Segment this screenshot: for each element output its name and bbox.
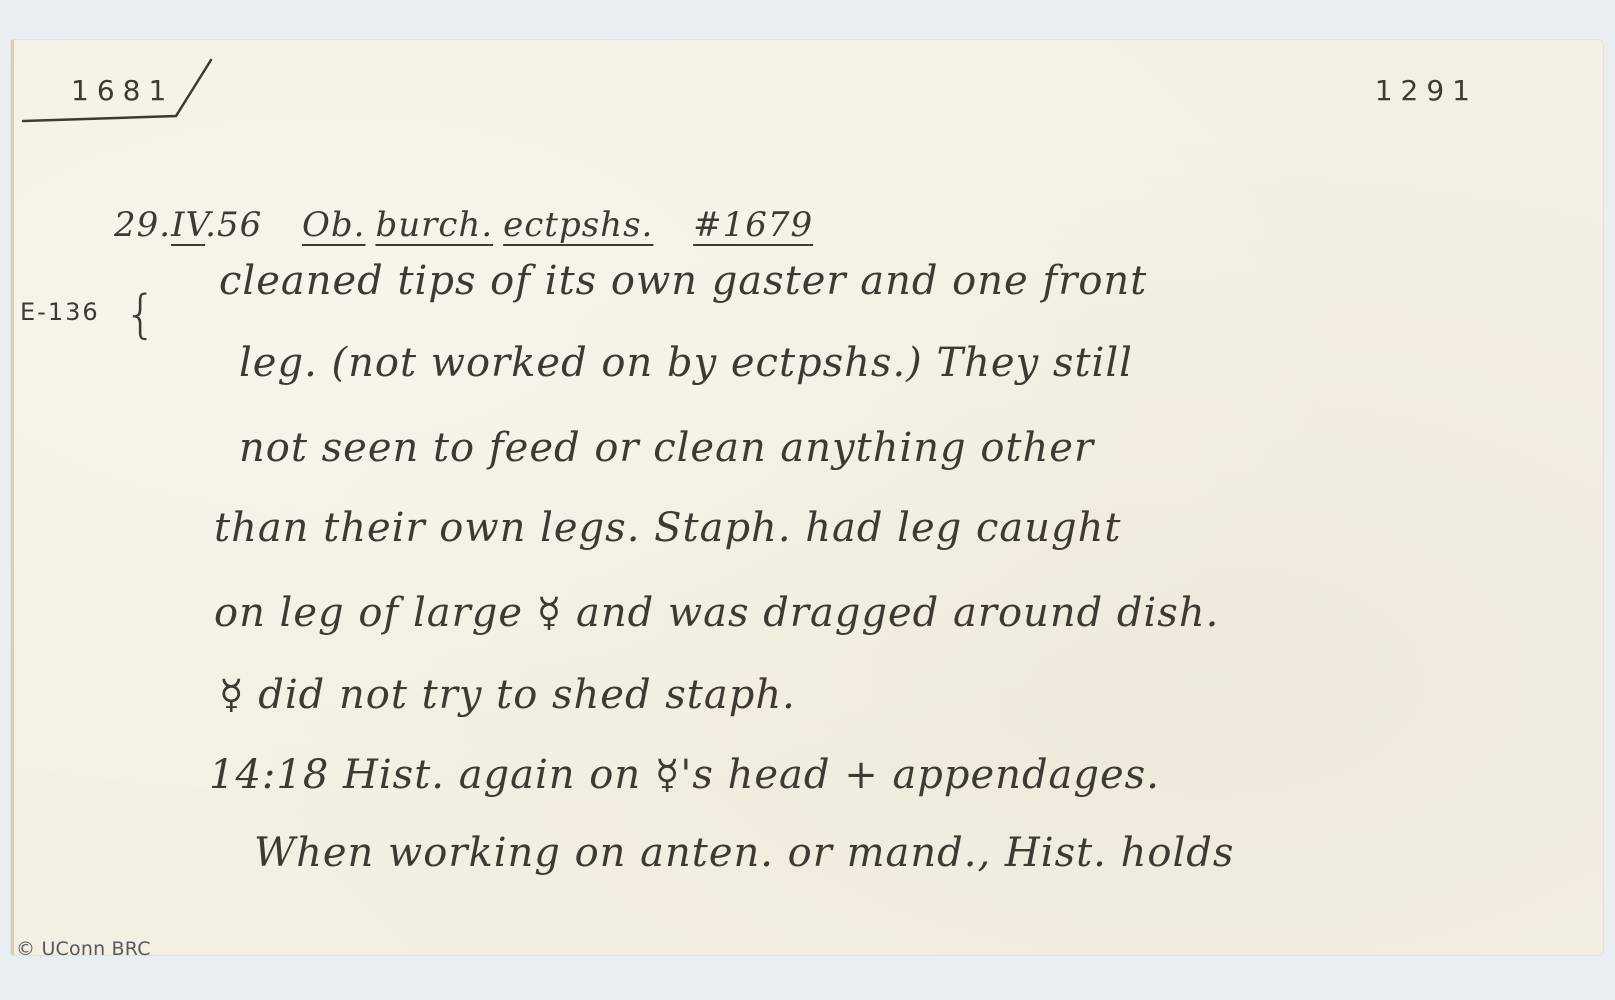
date-day: 29 [114,205,159,245]
copyright-notice: © UConn BRC [16,938,151,960]
margin-brace: { [124,285,158,345]
subject-part: Ob. [302,205,365,245]
note-line: When working on anten. or mand., Hist. h… [254,830,1234,876]
note-line: than their own legs. Staph. had leg caug… [214,505,1121,551]
specimen-number: #1679 [693,205,813,245]
note-line: ☿ did not try to shed staph. [219,672,796,718]
margin-reference: E-136 [20,298,100,326]
entry-date: 29.IV.56 [114,205,262,245]
date-month: IV [171,205,205,245]
entry-subject: Ob.burch.ectpshs. [302,205,653,245]
card-number-right: 1291 [1375,74,1478,107]
subject-part: burch. [375,205,493,245]
note-line: leg. (not worked on by ectpshs.) They st… [239,340,1133,386]
card-number-left: 1681 [71,74,174,107]
note-line: 14:18 Hist. again on ☿'s head + appendag… [209,752,1160,798]
entry-header: 29.IV.56 Ob.burch.ectpshs. #1679 [114,205,841,245]
note-line: on leg of large ☿ and was dragged around… [214,590,1219,636]
date-year: 56 [217,205,262,245]
note-line: cleaned tips of its own gaster and one f… [219,258,1147,304]
note-line: not seen to feed or clean anything other [239,425,1094,471]
subject-part: ectpshs. [503,205,653,245]
index-card: 1681 1291 29.IV.56 Ob.burch.ectpshs. #16… [11,40,1603,955]
